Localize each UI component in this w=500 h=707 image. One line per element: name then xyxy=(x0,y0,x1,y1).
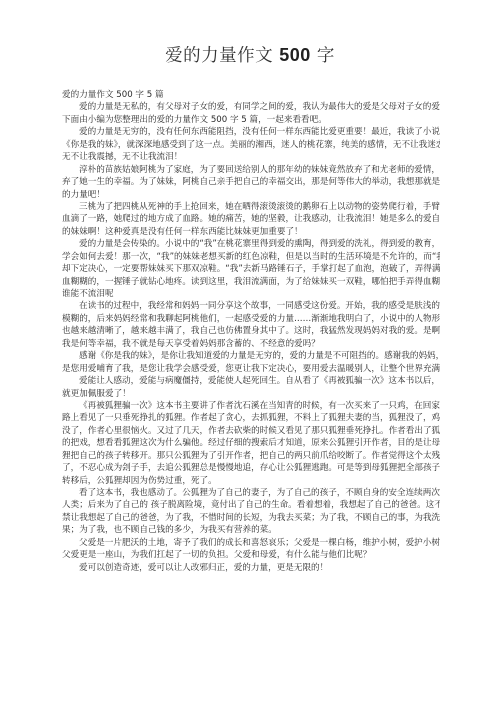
text-line: 却下定决心，一定要帮妹妹买下那双凉鞋。“我”去新马路锤石子，手掌打起了血泡，泡破… xyxy=(62,263,440,275)
text-line: 模糊的，后来妈妈经常和我聊起阿桃他们，一起感受爱的力量……渐渐地我明白了，小说中… xyxy=(62,313,440,325)
text-line: 血糊糊的，一握锤子就钻心地疼。读到这里，我泪流满面，为了给妹妹买一双鞋，哪怕把手… xyxy=(62,276,440,288)
text-line: 无不让我震撼，无不让我流泪！ xyxy=(62,151,440,163)
title-prefix: 爱的力量作文 xyxy=(165,46,273,66)
text-line: 学会如何去爱！那一次，“我”的妹妹老想买新的红色凉鞋，但是以当时的生活环境是不允… xyxy=(62,251,440,263)
text-line: 《你是我的妹》，就深深地感受到了这一点。美丽的湘西，迷人的桃花寨，纯美的感情，无… xyxy=(62,139,440,151)
text-line: 淳朴的苗族姑娘阿桃为了家庭，为了要回送给别人的那年幼的妹妹竟然放弃了和尤老师的爱… xyxy=(62,164,440,176)
text-line: 爱的力量是无私的，有父母对子女的爱，有同学之间的爱，我认为最伟大的爱是父母对子女… xyxy=(62,101,440,113)
text-line: 在读书的过程中，我经常和妈妈一同分享这个故事，一同感受这份爱。开始，我的感受是肤… xyxy=(62,300,440,312)
text-line: 看了这本书，我也感动了。公狐狸为了自己的妻子，为了自己的孩子，不顾自身的安全连续… xyxy=(62,487,440,499)
text-line: 爱的力量是会传染的。小说中的“我”在桃花寨里得到爱的熏陶，得到爱的洗礼，得到爱的… xyxy=(62,238,440,250)
text-line: 感谢《你是我的妹》，是你让我知道爱的力量是无穷的，爱的力量是不可阻挡的。感谢我的… xyxy=(62,350,440,362)
text-line: 就更加佩服爱了！ xyxy=(62,388,440,400)
text-line: 的把戏，想看看狐狸这次为什么骗他。经过仔细的搜索后才知道，原来公狐狸引开作者，目… xyxy=(62,437,440,449)
text-line: 血滴了一路，她爬过的地方成了血路。她的痛苦，她的坚毅，让我感动，让我流泪！她是多… xyxy=(62,213,440,225)
text-line: 路上看见了一只垂死挣扎的狐狸。作者起了贪心，去抓狐狸，不料上了狐狸夫妻的当，狐狸… xyxy=(62,412,440,424)
text-line: 的妹妹啊！这种爱真是没有任何一样东西能比妹妹更加重要了！ xyxy=(62,226,440,238)
text-line: 禁让我想起了自己的爸爸，为了我，不惜时间的长短，为我去买菜；为了我，不顾自己的事… xyxy=(62,512,440,524)
text-line: 弃了她一生的幸福。为了妹妹，阿桃自己亲手把自己的幸福交出，那是何等伟大的举动，我… xyxy=(62,176,440,188)
text-line: 了，不忍心成为刽子手，去追公狐狸总是慢慢地追，存心让公狐狸逃跑。可是等到母狐狸把… xyxy=(62,462,440,474)
text-line: 三桃为了把四桃从死神的手上抢回来，她在晒得滚烫滚烫的鹅卵石上以动物的姿势爬行着，… xyxy=(62,201,440,213)
text-line: 狸把自己的孩子转移开。那只公狐狸为了引开作者，把自己的两只前爪给咬断了。作者觉得… xyxy=(62,450,440,462)
text-line: 下面由小编为您整理出的爱的力量作文 500 字 5 篇，一起来看看吧。 xyxy=(62,114,440,126)
text-line: 爱的力量是无穷的，没有任何东西能阻挡，没有任何一样东西能比爱更重要！最近，我读了… xyxy=(62,126,440,138)
text-line: 父爱更是一座山，为我们扛起了一切的负担。父爱和母爱，有什么能与他们比呢？ xyxy=(62,549,440,561)
text-line: 《再被狐狸骗一次》这本书主要讲了作者沈石溪在当知青的时候，有一次买来了一只鸡，在… xyxy=(62,400,440,412)
title-number: 500 xyxy=(279,45,311,65)
text-line: 爱可以创造奇迹，爱可以让人改邪归正，爱的力量，更是无限的！ xyxy=(62,562,440,574)
text-line: 果；为了我，也不顾自己钱的多少，为我买有营养的菜。 xyxy=(62,524,440,536)
text-line: 是您用爱哺育了我，是您让我学会感受爱，您更让我下定决心，要用爱去温暖别人，让整个… xyxy=(62,363,440,375)
title-suffix: 字 xyxy=(317,46,335,66)
text-line: 我是何等幸福，我不就是每天享受着妈妈那含蓄的、不经意的爱吗？ xyxy=(62,338,440,350)
text-line: 谁能不流泪呢 xyxy=(62,288,440,300)
page-title: 爱的力量作文 500 字 xyxy=(0,42,500,67)
text-line: 人类；后来为了自己的 孩子脱离险境，竟付出了自己的生命。看着想着，我想起了自己的… xyxy=(62,499,440,511)
document-body: 爱的力量作文 500 字 5 篇爱的力量是无私的，有父母对子女的爱，有同学之间的… xyxy=(62,89,440,574)
text-line: 没了，作者心里很恼火。又过了几天，作者去砍柴的时候又看见了那只狐狸垂死挣扎。作者… xyxy=(62,425,440,437)
text-line: 爱能让人感动，爱能与病魔僵持，爱能使人起死回生。自从看了《再被狐骗一次》这本书以… xyxy=(62,375,440,387)
text-line: 父爱是一片肥沃的土地，寄予了我们的成长和喜怒哀乐；父爱是一棵白杨，维护小树，爱护… xyxy=(62,537,440,549)
text-line: 爱的力量作文 500 字 5 篇 xyxy=(62,89,440,101)
text-line: 转移后，公狐狸却因为伤势过重，死了。 xyxy=(62,475,440,487)
text-line: 的力量吧！ xyxy=(62,189,440,201)
text-line: 也越来越清晰了，越来越丰满了，我自己也仿佛置身其中了。这时，我猛然发现妈妈对我的… xyxy=(62,325,440,337)
